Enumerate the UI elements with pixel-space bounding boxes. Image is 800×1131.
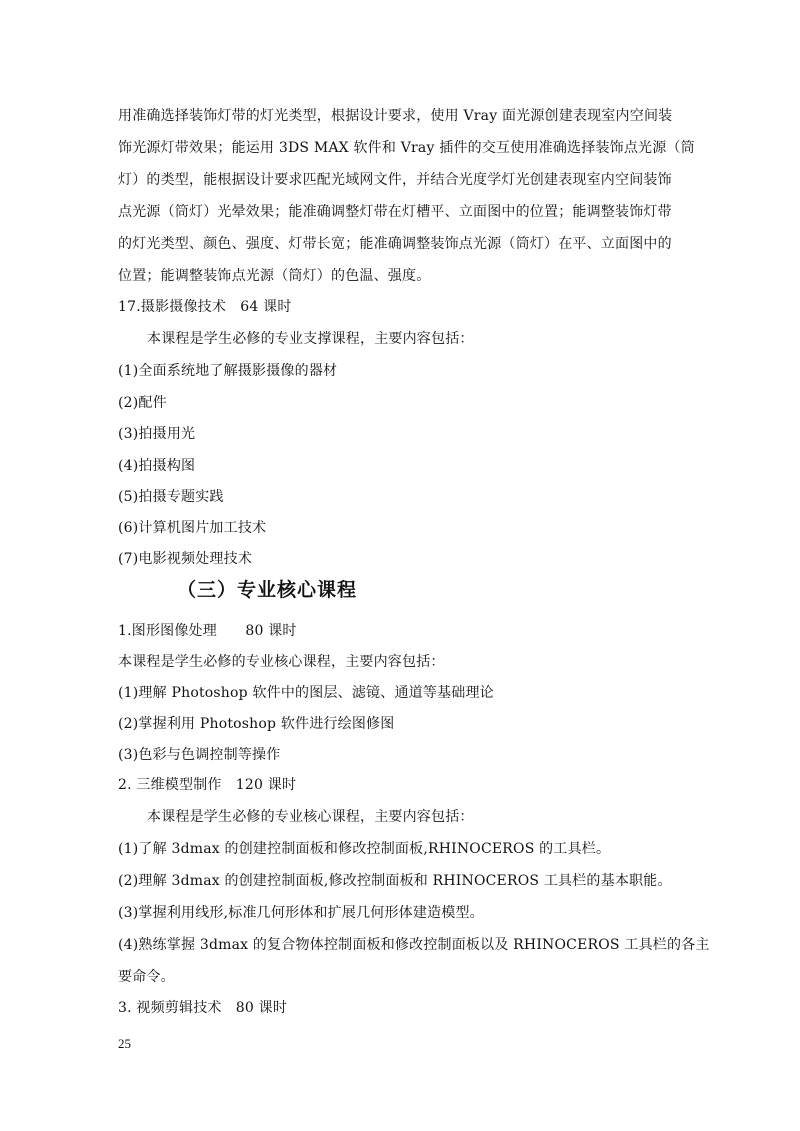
paragraph-line: 用准确选择装饰灯带的灯光类型，根据设计要求，使用 Vray 面光源创建表现室内空… — [118, 107, 672, 125]
list-item: (1)理解 Photoshop 软件中的图层、滤镜、通道等基础理论 — [118, 684, 494, 702]
list-item: (3)掌握利用线形,标准几何形体和扩展几何形体建造模型。 — [118, 904, 484, 922]
list-item: (4)熟练掌握 3dmax 的复合物体控制面板和修改控制面板以及 RHINOCE… — [118, 936, 710, 954]
page-number: 25 — [118, 1036, 131, 1052]
list-item: (2)理解 3dmax 的创建控制面板,修改控制面板和 RHINOCEROS 工… — [118, 872, 672, 890]
course-title: 17.摄影摄像技术 64 课时 — [118, 298, 292, 316]
list-item: (7)电影视频处理技术 — [118, 550, 252, 568]
list-item: (1)了解 3dmax 的创建控制面板和修改控制面板,RHINOCEROS 的工… — [118, 840, 610, 858]
list-item: (4)拍摄构图 — [118, 457, 195, 475]
course-intro: 本课程是学生必修的专业核心课程，主要内容包括： — [118, 653, 445, 671]
course-title: 2. 三维模型制作 120 课时 — [118, 776, 296, 794]
course-intro: 本课程是学生必修的专业核心课程，主要内容包括： — [147, 808, 474, 826]
paragraph-line: 点光源（筒灯）光晕效果；能准确调整灯带在灯槽平、立面图中的位置；能调整装饰灯带 — [118, 203, 672, 221]
paragraph-line: 饰光源灯带效果；能运用 3DS MAX 软件和 Vray 插件的交互使用准确选择… — [118, 139, 695, 157]
course-intro: 本课程是学生必修的专业支撑课程，主要内容包括： — [147, 330, 474, 348]
section-heading: （三）专业核心课程 — [177, 577, 357, 603]
paragraph-line: 位置；能调整装饰点光源（筒灯）的色温、强度。 — [118, 267, 430, 285]
list-item: (3)拍摄用光 — [118, 425, 195, 443]
paragraph-line: 灯）的类型，能根据设计要求匹配光域网文件，并结合光度学灯光创建表现室内空间装饰 — [118, 171, 672, 189]
list-item: (5)拍摄专题实践 — [118, 488, 224, 506]
list-item: (1)全面系统地了解摄影摄像的器材 — [118, 362, 337, 380]
list-item: (6)计算机图片加工技术 — [118, 519, 266, 537]
document-page: 用准确选择装饰灯带的灯光类型，根据设计要求，使用 Vray 面光源创建表现室内空… — [0, 0, 800, 1131]
list-item: (2)掌握利用 Photoshop 软件进行绘图修图 — [118, 715, 394, 733]
list-item: (3)色彩与色调控制等操作 — [118, 746, 280, 764]
list-item: (2)配件 — [118, 394, 167, 412]
course-title: 3. 视频剪辑技术 80 课时 — [118, 999, 287, 1017]
list-item: 要命令。 — [118, 968, 175, 986]
course-title: 1.图形图像处理 80 课时 — [118, 622, 297, 640]
paragraph-line: 的灯光类型、颜色、强度、灯带长宽；能准确调整装饰点光源（筒灯）在平、立面图中的 — [118, 235, 672, 253]
